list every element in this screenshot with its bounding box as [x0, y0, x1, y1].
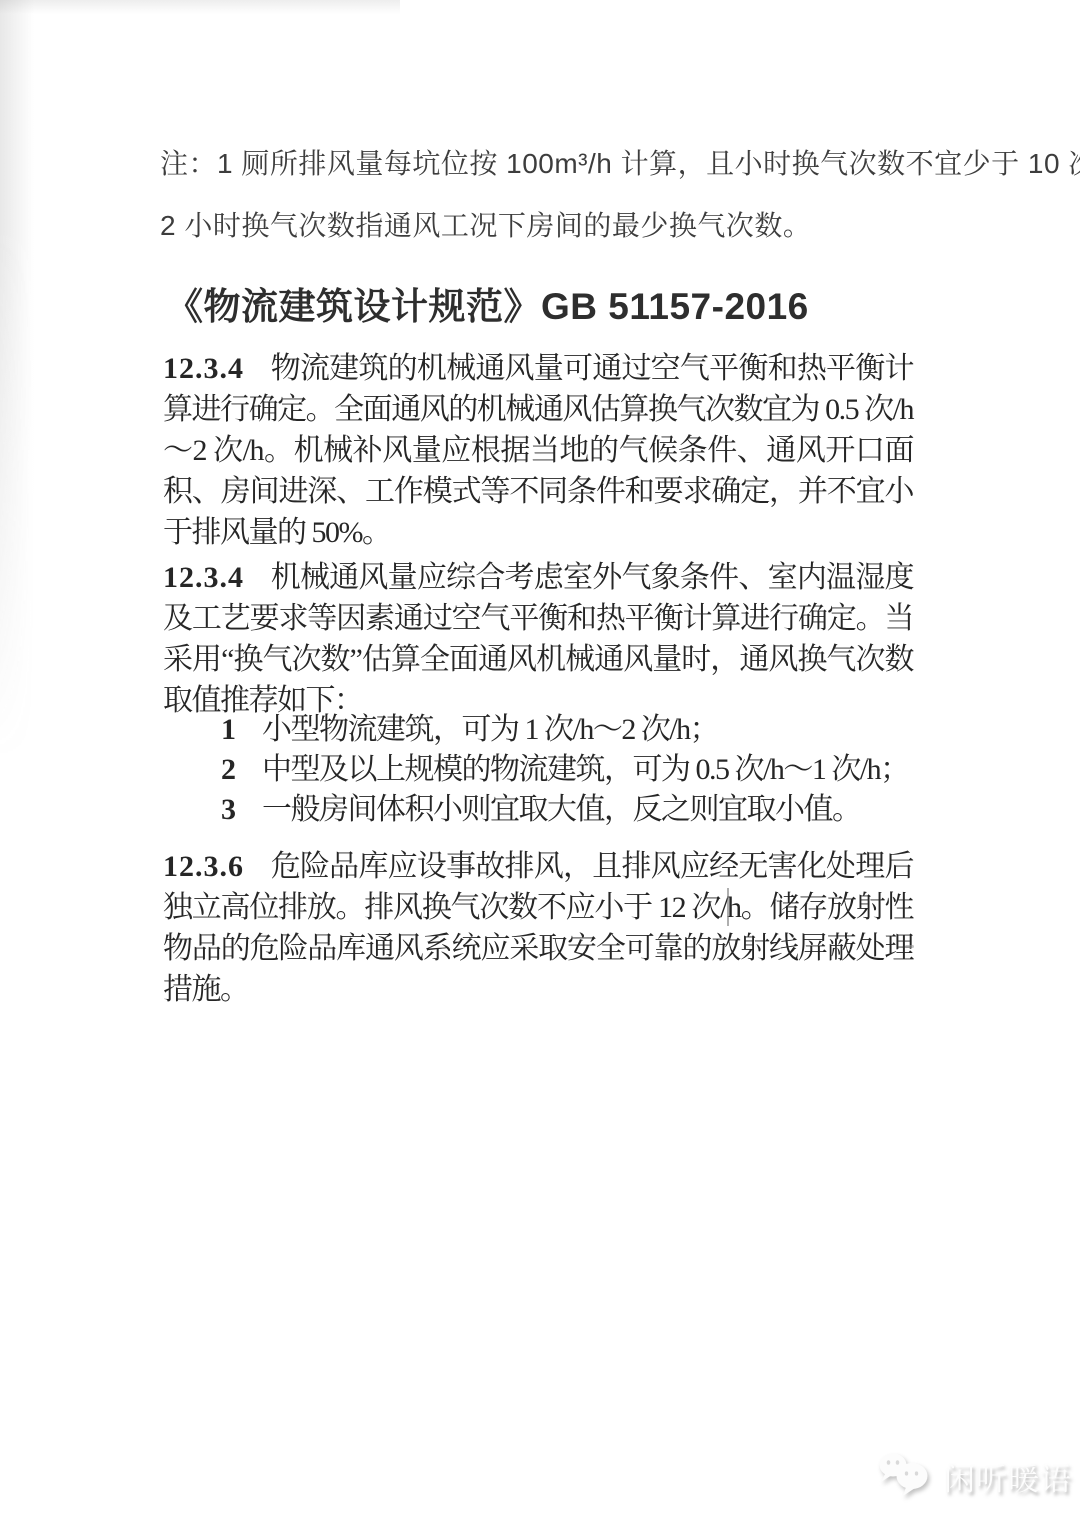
chat-bubbles-icon [876, 1450, 934, 1502]
clause-text: 机械通风量应综合考虑室外气象条件、室内温湿度及工艺要求等因素通过空气平衡和热平衡… [163, 561, 913, 717]
list-item-number: 1 [221, 713, 236, 746]
watermark: 闲听暖语 [876, 1450, 1072, 1502]
clause-12-3-6: 12.3.6危险品库应设事故排风，且排风应经无害化处理后独立高位排放。排风换气次… [163, 846, 913, 1010]
clause-number: 12.3.4 [163, 561, 244, 594]
watermark-text: 闲听暖语 [944, 1454, 1072, 1499]
clause-text: 危险品库应设事故排风，且排风应经无害化处理后独立高位排放。排风换气次数不应小于 … [163, 850, 913, 1006]
clause-text: 物流建筑的机械通风量可通过空气平衡和热平衡计算进行确定。全面通风的机械通风估算换… [163, 352, 913, 549]
list-item: 1小型物流建筑，可为 1 次/h～2 次/h； [163, 710, 913, 750]
list-item-text: 小型物流建筑，可为 1 次/h～2 次/h； [262, 713, 718, 746]
table-note-line-1: 注：1 厕所排风量每坑位按 100m³/h 计算，且小时换气次数不宜少于 10 … [160, 147, 920, 181]
clause-12-3-4-second: 12.3.4机械通风量应综合考虑室外气象条件、室内温湿度及工艺要求等因素通过空气… [163, 557, 913, 721]
scan-edge-shading [0, 0, 34, 760]
scanned-standard-page: 注：1 厕所排风量每坑位按 100m³/h 计算，且小时换气次数不宜少于 10 … [0, 0, 1080, 1527]
scan-edge-shading-top [0, 0, 400, 14]
scan-artifact-line [727, 888, 729, 926]
scan-artifact-dash [905, 945, 914, 948]
clause-number: 12.3.4 [163, 352, 244, 385]
clause-12-3-4-first: 12.3.4物流建筑的机械通风量可通过空气平衡和热平衡计算进行确定。全面通风的机… [163, 348, 913, 553]
table-note-line-2: 2 小时换气次数指通风工况下房间的最少换气次数。 [160, 209, 920, 243]
list-item-text: 一般房间体积小则宜取大值，反之则宜取小值。 [262, 793, 861, 826]
list-item: 2中型及以上规模的物流建筑，可为 0.5 次/h～1 次/h； [163, 750, 913, 790]
list-item-text: 中型及以上规模的物流建筑，可为 0.5 次/h～1 次/h； [262, 753, 909, 786]
recommendation-list: 1小型物流建筑，可为 1 次/h～2 次/h； 2中型及以上规模的物流建筑，可为… [163, 710, 913, 830]
clause-number: 12.3.6 [163, 850, 244, 883]
list-item: 3一般房间体积小则宜取大值，反之则宜取小值。 [163, 790, 913, 830]
list-item-number: 2 [221, 753, 236, 786]
list-item-number: 3 [221, 793, 236, 826]
standard-title: 《物流建筑设计规范》GB 51157-2016 [166, 276, 809, 330]
